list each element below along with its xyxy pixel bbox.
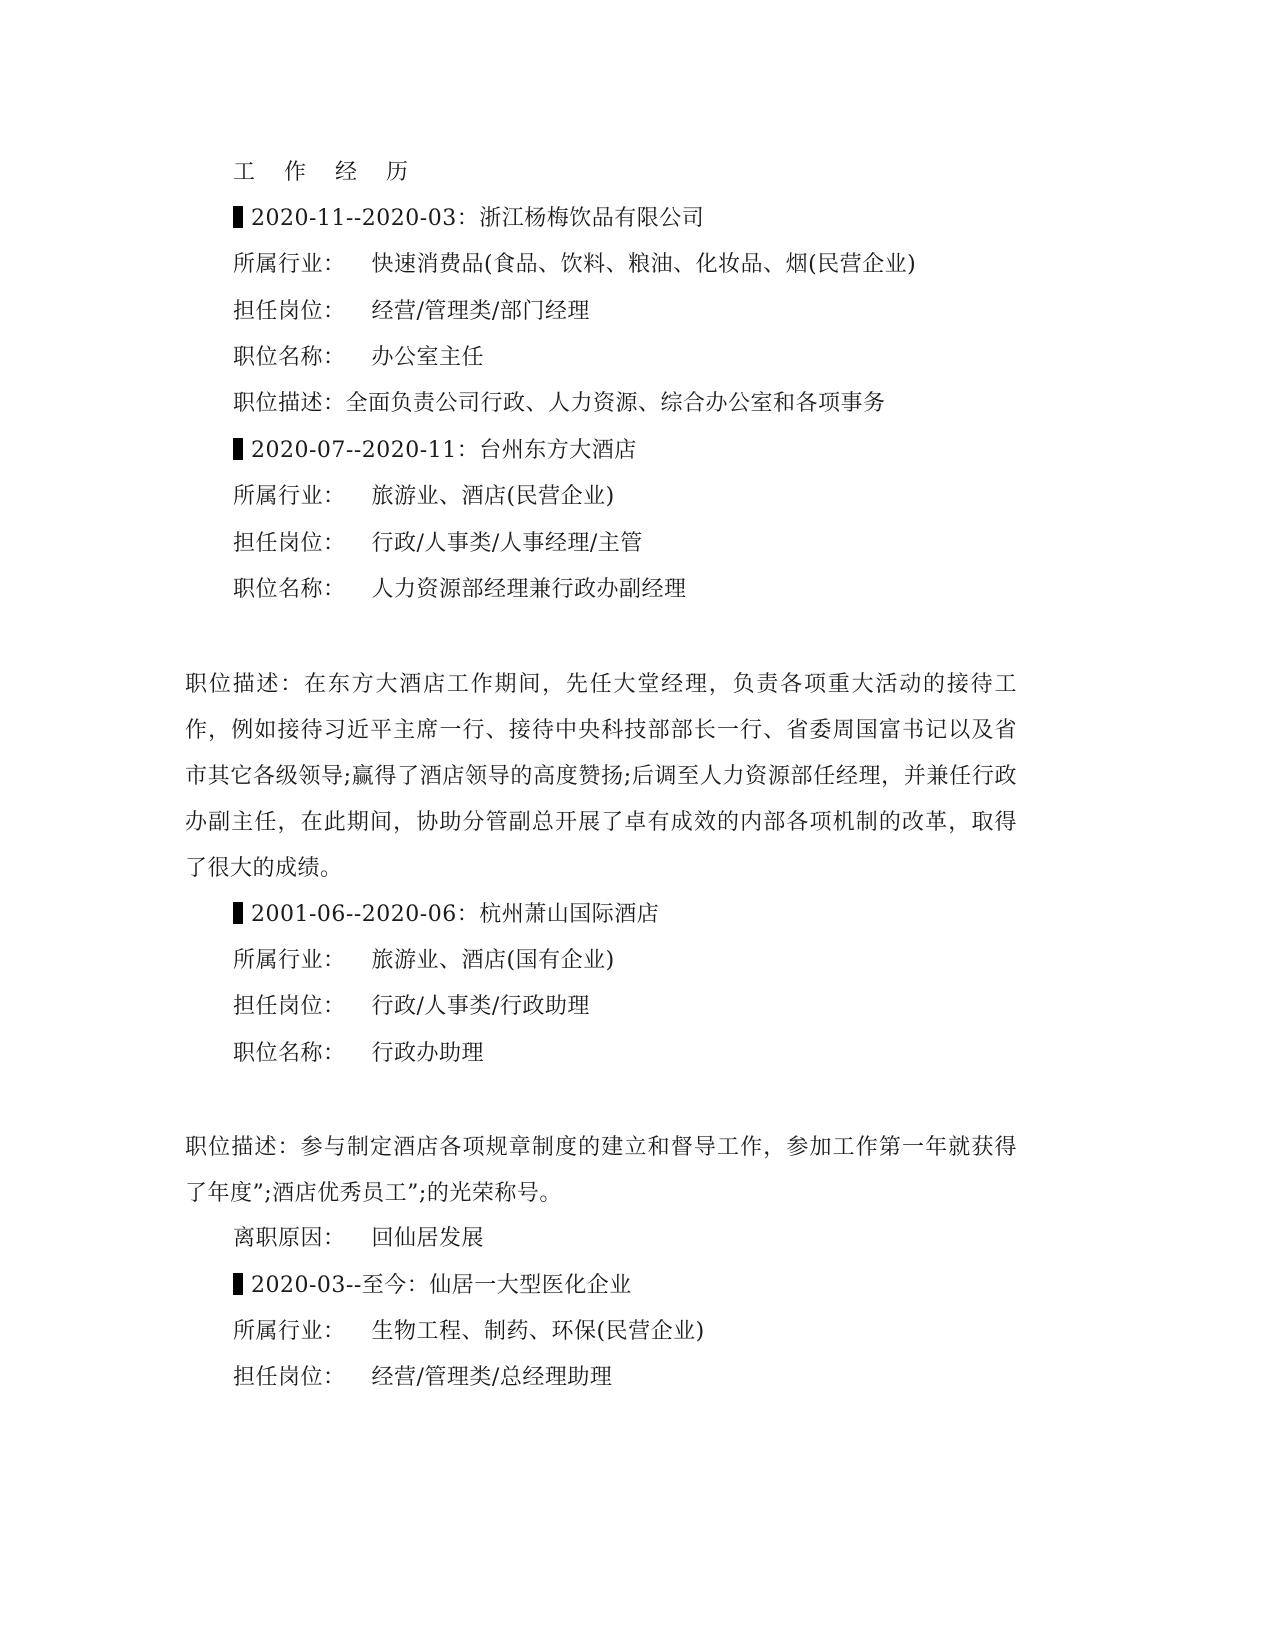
document-page: 工 作 经 历 2020-11--2020-03：浙江杨梅饮品有限公司 所属行业…: [0, 0, 1275, 1650]
job-2-period: 2020-07--2020-11：: [251, 438, 479, 463]
job-2-industry-row: 所属行业：旅游业、酒店(民营企业): [233, 482, 615, 512]
job-4-position-row: 担任岗位：经营/管理类/总经理助理: [233, 1363, 612, 1393]
job-4-company: 仙居一大型医化企业: [429, 1273, 632, 1298]
job-4-industry-row: 所属行业：生物工程、制药、环保(民营企业): [233, 1317, 705, 1347]
title-label: 职位名称：: [233, 343, 346, 373]
position-label: 担任岗位：: [233, 297, 346, 327]
bullet-bar-icon: [233, 1273, 243, 1295]
job-1-period: 2020-11--2020-03：: [251, 206, 479, 231]
job-3-company: 杭州萧山国际酒店: [479, 902, 659, 927]
job-2-description: 职位描述：在东方大酒店工作期间，先任大堂经理，负责各项重大活动的接待工作，例如接…: [185, 662, 1017, 892]
job-3-industry-row: 所属行业：旅游业、酒店(国有企业): [233, 946, 615, 976]
job-3-description: 职位描述：参与制定酒店各项规章制度的建立和督导工作，参加工作第一年就获得了年度”…: [185, 1125, 1017, 1217]
position-label: 担任岗位：: [233, 1363, 346, 1393]
position-label: 担任岗位：: [233, 529, 346, 559]
title-label: 职位名称：: [233, 575, 346, 605]
industry-value: 旅游业、酒店(国有企业): [372, 946, 615, 976]
title-value: 行政办助理: [372, 1039, 485, 1069]
desc-value: 全面负责公司行政、人力资源、综合办公室和各项事务: [346, 389, 886, 419]
job-3-header: 2001-06--2020-06：杭州萧山国际酒店: [233, 900, 659, 930]
position-label: 担任岗位：: [233, 992, 346, 1022]
job-1-header: 2020-11--2020-03：浙江杨梅饮品有限公司: [233, 204, 704, 234]
industry-value: 快速消费品(食品、饮料、粮油、化妆品、烟(民营企业): [372, 250, 917, 280]
job-1-desc-row: 职位描述：全面负责公司行政、人力资源、综合办公室和各项事务: [233, 389, 886, 419]
job-1-title-row: 职位名称：办公室主任: [233, 343, 484, 373]
industry-label: 所属行业：: [233, 946, 346, 976]
industry-value: 旅游业、酒店(民营企业): [372, 482, 615, 512]
job-2-header: 2020-07--2020-11：台州东方大酒店: [233, 436, 637, 466]
job-4-header: 2020-03--至今：仙居一大型医化企业: [233, 1271, 632, 1301]
position-value: 经营/管理类/部门经理: [372, 297, 590, 327]
position-value: 行政/人事类/行政助理: [372, 992, 590, 1022]
job-3-title-row: 职位名称：行政办助理: [233, 1039, 484, 1069]
title-value: 办公室主任: [372, 343, 485, 373]
desc-label: 职位描述：: [233, 389, 346, 419]
title-label: 职位名称：: [233, 1039, 346, 1069]
job-1-industry-row: 所属行业：快速消费品(食品、饮料、粮油、化妆品、烟(民营企业): [233, 250, 916, 280]
industry-value: 生物工程、制药、环保(民营企业): [372, 1317, 705, 1347]
job-3-period: 2001-06--2020-06：: [251, 902, 479, 927]
job-1-position-row: 担任岗位：经营/管理类/部门经理: [233, 297, 590, 327]
leave-value: 回仙居发展: [372, 1224, 485, 1254]
job-2-title-row: 职位名称：人力资源部经理兼行政办副经理: [233, 575, 687, 605]
job-1-company: 浙江杨梅饮品有限公司: [479, 206, 704, 231]
job-3-position-row: 担任岗位：行政/人事类/行政助理: [233, 992, 590, 1022]
job-3-leave-row: 离职原因：回仙居发展: [233, 1224, 484, 1254]
industry-label: 所属行业：: [233, 250, 346, 280]
position-value: 行政/人事类/人事经理/主管: [372, 529, 643, 559]
position-value: 经营/管理类/总经理助理: [372, 1363, 613, 1393]
bullet-bar-icon: [233, 438, 243, 460]
industry-label: 所属行业：: [233, 482, 346, 512]
job-2-position-row: 担任岗位：行政/人事类/人事经理/主管: [233, 529, 643, 559]
section-title: 工 作 经 历: [233, 158, 419, 188]
bullet-bar-icon: [233, 206, 243, 228]
leave-label: 离职原因：: [233, 1224, 346, 1254]
job-2-company: 台州东方大酒店: [479, 438, 637, 463]
title-value: 人力资源部经理兼行政办副经理: [372, 575, 687, 605]
industry-label: 所属行业：: [233, 1317, 346, 1347]
job-4-period: 2020-03--至今：: [251, 1273, 429, 1298]
bullet-bar-icon: [233, 902, 243, 924]
